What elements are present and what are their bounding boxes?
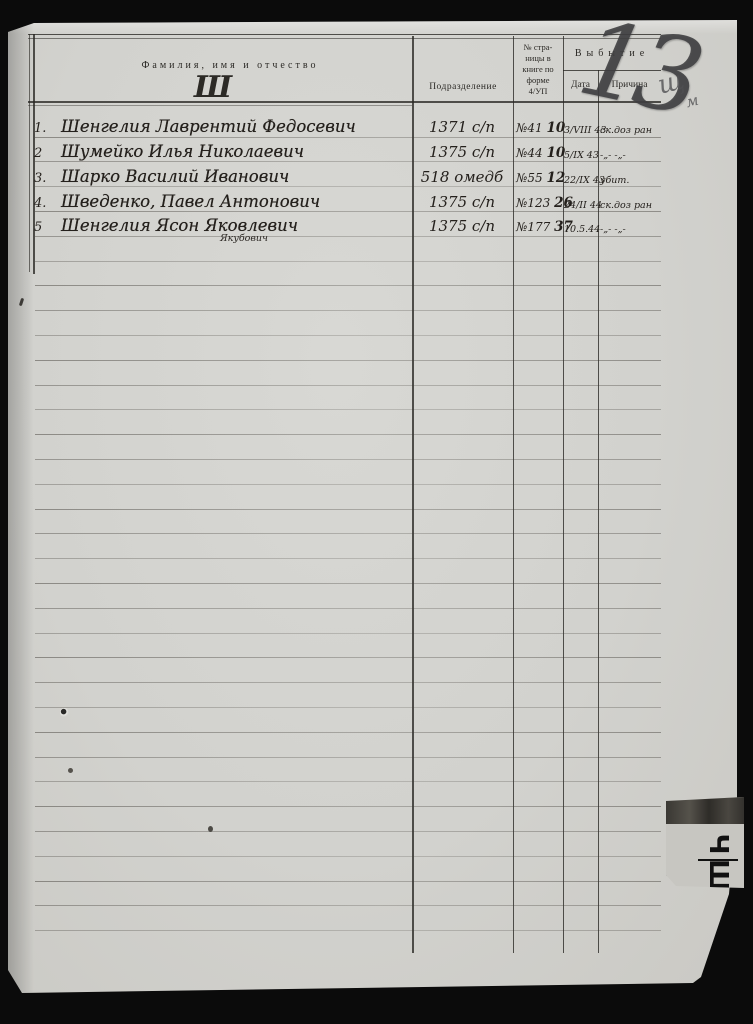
book-page: 10 <box>546 145 565 161</box>
person-name: Шарко Василий Иванович <box>61 167 289 186</box>
ruled-line <box>35 930 661 931</box>
row-number: 3. <box>34 171 58 186</box>
scanned-ledger-screenshot: { "page_number": "13", "scribbles": { "m… <box>0 0 753 1024</box>
unit: 518 омедб <box>412 168 512 186</box>
ruled-line <box>35 757 661 758</box>
ledger-row-4: 4. Шведенко, Павел Антонович 1375 с/п №1… <box>8 187 663 212</box>
pageref-line: 4/УП <box>514 86 562 97</box>
header-pageref-column: № стра- ницы в книге по форме 4/УП <box>514 42 562 97</box>
ruled-line <box>35 881 661 882</box>
index-tab-tape <box>666 797 744 824</box>
ruled-line <box>35 385 661 386</box>
person-name: Шенгелия Лаврентий Федосевич <box>61 117 356 136</box>
ruled-line <box>35 261 661 262</box>
row-number: 4. <box>34 196 58 211</box>
ruled-line <box>35 484 661 485</box>
header-unit-column: Подразделение <box>414 82 512 92</box>
person-name: Шведенко, Павел Антонович <box>61 192 320 211</box>
header-date-column: Дата <box>563 80 598 90</box>
book-no: №177 <box>516 220 550 234</box>
row-number: 2 <box>34 146 58 161</box>
unit: 1375 с/п <box>412 143 512 161</box>
ruled-line <box>35 608 661 609</box>
section-letter: Ш <box>158 70 268 105</box>
ruled-line <box>35 533 661 534</box>
departure-reason: ск.доз ран <box>600 125 662 136</box>
book-page-ref: №123 26 <box>516 195 562 211</box>
ledger-row-1: 1. Шенгелия Лаврентий Федосевич 1371 с/п… <box>8 112 663 137</box>
ruled-line <box>35 781 661 782</box>
person-name: Шумейко Илья Николаевич <box>61 142 304 161</box>
book-no: №44 <box>516 146 543 160</box>
pageref-line: № стра- <box>514 42 562 53</box>
unit: 1375 с/п <box>412 217 512 235</box>
ruled-line <box>35 310 661 311</box>
header-departure-column: Выбытие <box>563 48 661 59</box>
ruled-line <box>35 806 661 807</box>
ruled-line <box>35 831 661 832</box>
table-top-rule-outer <box>28 34 661 35</box>
departure-reason: убит. <box>600 175 662 186</box>
pageref-line: форме <box>514 75 562 86</box>
pageref-line: книге по <box>514 64 562 75</box>
ledger-row-5: 5 Шенгелия Ясон Яковлевич Якубович 1375 … <box>8 211 663 236</box>
ruled-line <box>35 434 661 435</box>
book-no: №123 <box>516 196 550 210</box>
ruled-line <box>35 633 661 634</box>
unit: 1375 с/п <box>412 193 512 211</box>
paper-speck <box>68 768 73 773</box>
departure-date: 22/IX 43 <box>564 175 598 186</box>
paper-speck <box>60 708 69 717</box>
book-page-ref: №55 12 <box>516 170 562 186</box>
ruled-line <box>35 856 661 857</box>
ruled-line <box>35 905 661 906</box>
ruled-line <box>35 335 661 336</box>
ruled-line <box>35 285 661 286</box>
book-page: 10 <box>546 120 565 136</box>
departure-subheader-rule <box>563 70 661 71</box>
paper-speck <box>208 826 213 832</box>
ruled-line <box>35 732 661 733</box>
header-reason-column: Причина <box>598 80 661 90</box>
book-page-ref: №41 10 <box>516 120 562 136</box>
departure-reason: -„- -„- <box>600 224 662 235</box>
pencil-scribble-small: м <box>684 91 700 111</box>
ruled-line <box>35 682 661 683</box>
header-bottom-rule <box>28 101 661 103</box>
departure-date: 24/II 44 <box>564 200 598 211</box>
header-bottom-rule-echo <box>28 105 412 106</box>
index-tab: Ч Ш <box>666 797 744 888</box>
ruled-line <box>35 509 661 510</box>
ruled-line <box>35 459 661 460</box>
pencil-scribble: щ <box>655 65 688 100</box>
book-page-ref: №177 37 <box>516 219 562 235</box>
book-no: №41 <box>516 121 543 135</box>
ruled-line <box>35 360 661 361</box>
ruled-line <box>35 558 661 559</box>
departure-date: 10.5.44 <box>564 224 598 235</box>
departure-date: 3/VIII 43 <box>564 125 598 136</box>
departure-reason: -„- -„- <box>600 150 662 161</box>
ruled-line <box>35 409 661 410</box>
ruled-line <box>35 583 661 584</box>
unit: 1371 с/п <box>412 118 512 136</box>
ledger-row-3: 3. Шарко Василий Иванович 518 омедб №55 … <box>8 162 663 187</box>
departure-date: 5/IX 43 <box>564 150 598 161</box>
row-number: 5 <box>34 220 58 235</box>
patronymic-correction: Якубович <box>220 233 268 244</box>
paper-speck <box>19 298 24 307</box>
book-page: 12 <box>546 170 565 186</box>
ledger-row-2: 2 Шумейко Илья Николаевич 1375 с/п №44 1… <box>8 137 663 162</box>
row-number: 1. <box>34 121 58 136</box>
ruled-line <box>35 707 661 708</box>
departure-reason: ск.доз ран <box>600 200 662 211</box>
book-page-ref: №44 10 <box>516 145 562 161</box>
pageref-line: ницы в <box>514 53 562 64</box>
book-no: №55 <box>516 171 543 185</box>
table-top-rule-inner <box>28 38 661 39</box>
ruled-line <box>35 657 661 658</box>
ledger-page: Фамилия, имя и отчество Ш Подразделение … <box>8 20 737 993</box>
